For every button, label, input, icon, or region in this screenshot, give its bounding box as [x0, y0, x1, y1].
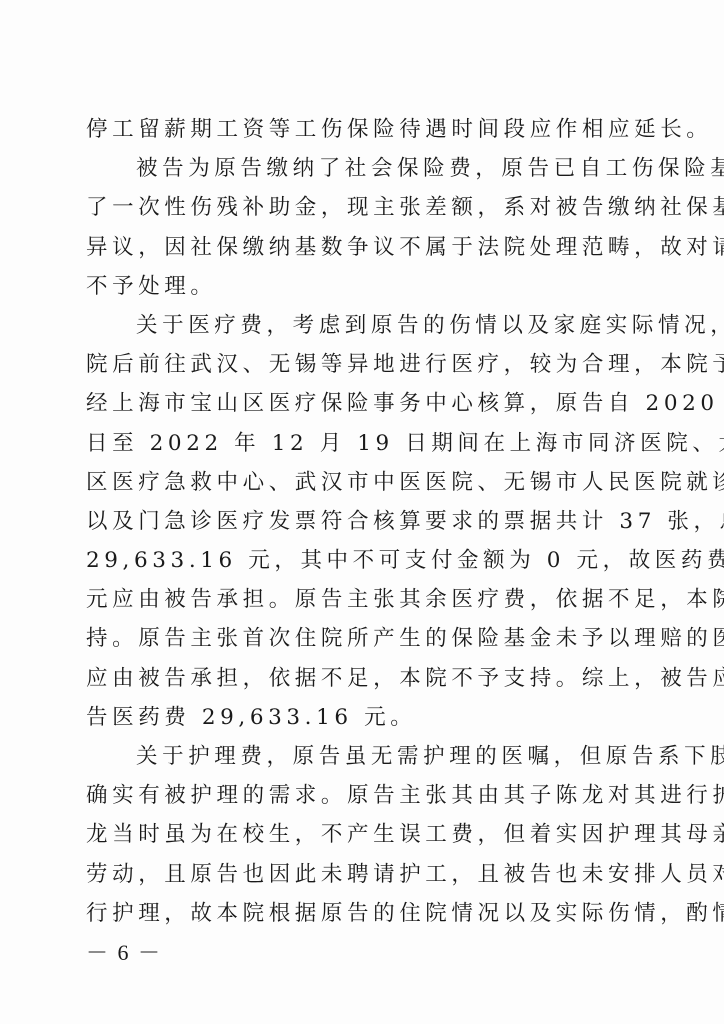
- text-line: 了一次性伤残补助金，现主张差额，系对被告缴纳社保基数存在: [86, 188, 638, 227]
- text-line: 以及门急诊医疗发票符合核算要求的票据共计 37 张，总额为: [86, 502, 638, 541]
- text-line: 院后前往武汉、无锡等异地进行医疗，较为合理，本院予以认可。: [86, 345, 638, 384]
- paragraph-social-insurance: 被告为原告缴纳了社会保险费，原告已自工伤保险基金领取 了一次性伤残补助金，现主张…: [86, 149, 642, 306]
- page-number: － 6 －: [86, 935, 162, 971]
- document-body: 停工留薪期工资等工伤保险待遇时间段应作相应延长。 被告为原告缴纳了社会保险费，原…: [86, 110, 642, 933]
- document-page: 停工留薪期工资等工伤保险待遇时间段应作相应延长。 被告为原告缴纳了社会保险费，原…: [0, 0, 724, 1024]
- text-line: 持。原告主张首次住院所产生的保险基金未予以理赔的医药费也: [86, 619, 638, 658]
- text-line: 关于医疗费，考虑到原告的伤情以及家庭实际情况，原告出: [86, 306, 638, 345]
- text-line: 被告为原告缴纳了社会保险费，原告已自工伤保险基金领取: [86, 149, 638, 188]
- paragraph-continuation: 停工留薪期工资等工伤保险待遇时间段应作相应延长。: [86, 110, 642, 149]
- text-line: 行护理，故本院根据原告的住院情况以及实际伤情，酌情支持护: [86, 894, 638, 933]
- paragraph-nursing-expenses: 关于护理费，原告虽无需护理的医嘱，但原告系下肢受伤， 确实有被护理的需求。原告主…: [86, 737, 642, 933]
- text-line: 停工留薪期工资等工伤保险待遇时间段应作相应延长。: [86, 110, 638, 149]
- text-line: 29,633.16 元，其中不可支付金额为 0 元，故医药费 29,633.16: [86, 541, 638, 580]
- text-line: 应由被告承担，依据不足，本院不予支持。综上，被告应支付原: [86, 659, 638, 698]
- text-line: 关于护理费，原告虽无需护理的医嘱，但原告系下肢受伤，: [86, 737, 638, 776]
- text-line: 告医药费 29,633.16 元。: [86, 698, 638, 737]
- text-line: 经上海市宝山区医疗保险事务中心核算，原告自 2020 年 7 月 22: [86, 384, 638, 423]
- text-line: 不予处理。: [86, 267, 638, 306]
- text-line: 龙当时虽为在校生，不产生误工费，但着实因护理其母亲而付出: [86, 815, 638, 854]
- text-line: 异议，因社保缴纳基数争议不属于法院处理范畴，故对请求本院: [86, 228, 638, 267]
- text-line: 元应由被告承担。原告主张其余医疗费，依据不足，本院不予支: [86, 580, 638, 619]
- paragraph-medical-expenses: 关于医疗费，考虑到原告的伤情以及家庭实际情况，原告出 院后前往武汉、无锡等异地进…: [86, 306, 642, 737]
- text-line: 劳动，且原告也因此未聘请护工，且被告也未安排人员对原告进: [86, 855, 638, 894]
- text-line: 确实有被护理的需求。原告主张其由其子陈龙对其进行护理，陈: [86, 776, 638, 815]
- text-line: 区医疗急救中心、武汉市中医医院、无锡市人民医院就诊的住院: [86, 463, 638, 502]
- text-line: 日至 2022 年 12 月 19 日期间在上海市同济医院、大场医院、宝山: [86, 424, 638, 463]
